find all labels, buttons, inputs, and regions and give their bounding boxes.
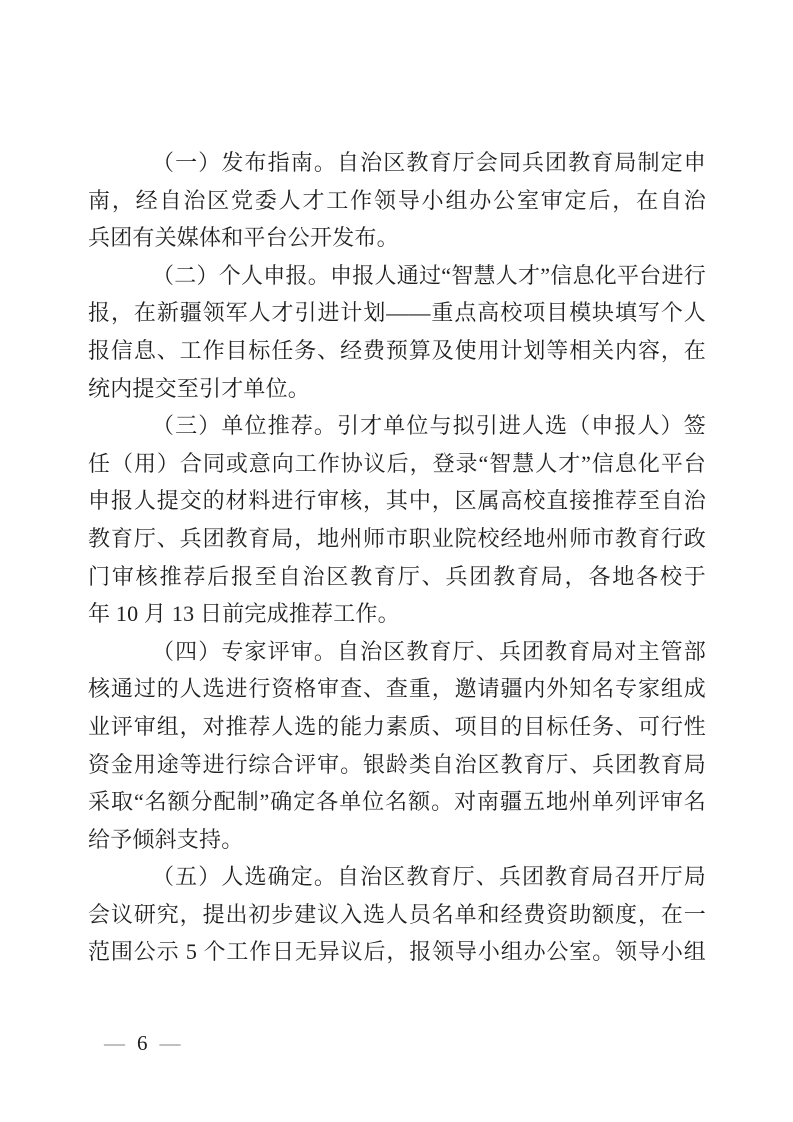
text-line: 给予倾斜支持。 (88, 821, 706, 859)
text-line: 范围公示 5 个工作日无异议后，报领导小组办公室。领导小组办 (88, 933, 706, 971)
text-line: 报，在新疆领军人才引进计划——重点高校项目模块填写个人申 (88, 294, 706, 332)
document-body: （一）发布指南。自治区教育厅会同兵团教育局制定申报指 南，经自治区党委人才工作领… (88, 144, 706, 971)
paragraph-3-unit-recommendation: （三）单位推荐。引才单位与拟引进人选（申报人）签署聘 任（用）合同或意向工作协议… (88, 407, 706, 633)
text-line: 会议研究，提出初步建议入选人员名单和经费资助额度，在一定 (88, 896, 706, 934)
text-line: （三）单位推荐。引才单位与拟引进人选（申报人）签署聘 (88, 407, 706, 445)
paragraph-5-candidate-confirmation: （五）人选确定。自治区教育厅、兵团教育局召开厅局党组 会议研究，提出初步建议入选… (88, 858, 706, 971)
text-line: 门审核推荐后报至自治区教育厅、兵团教育局，各地各校于 2025 (88, 558, 706, 596)
page-number-value: 6 (137, 1031, 148, 1056)
document-page: （一）发布指南。自治区教育厅会同兵团教育局制定申报指 南，经自治区党委人才工作领… (0, 0, 793, 1122)
text-line: 申报人提交的材料进行审核，其中，区属高校直接推荐至自治区 (88, 482, 706, 520)
page-number: — 6 — (104, 1028, 181, 1058)
text-line: 任（用）合同或意向工作协议后，登录“智慧人才”信息化平台对 (88, 445, 706, 483)
text-line: （四）专家评审。自治区教育厅、兵团教育局对主管部门审 (88, 633, 706, 671)
text-line: 资金用途等进行综合评审。银龄类自治区教育厅、兵团教育局可 (88, 746, 706, 784)
text-line: 南，经自治区党委人才工作领导小组办公室审定后，在自治区、 (88, 182, 706, 220)
text-line: 统内提交至引才单位。 (88, 370, 706, 408)
text-line: 教育厅、兵团教育局，地州师市职业院校经地州师市教育行政部 (88, 520, 706, 558)
text-line: （一）发布指南。自治区教育厅会同兵团教育局制定申报指 (88, 144, 706, 182)
paragraph-2-individual-application: （二）个人申报。申报人通过“智慧人才”信息化平台进行申 报，在新疆领军人才引进计… (88, 257, 706, 407)
text-line: 业评审组，对推荐人选的能力素质、项目的目标任务、可行性和 (88, 708, 706, 746)
page-number-dash-right: — (160, 1031, 181, 1056)
text-line: 兵团有关媒体和平台公开发布。 (88, 219, 706, 257)
page-number-dash-left: — (104, 1031, 125, 1056)
text-line: 报信息、工作目标任务、经费预算及使用计划等相关内容，在系 (88, 332, 706, 370)
paragraph-1-publish-guide: （一）发布指南。自治区教育厅会同兵团教育局制定申报指 南，经自治区党委人才工作领… (88, 144, 706, 257)
text-line: （五）人选确定。自治区教育厅、兵团教育局召开厅局党组 (88, 858, 706, 896)
text-line: 年 10 月 13 日前完成推荐工作。 (88, 595, 706, 633)
paragraph-4-expert-review: （四）专家评审。自治区教育厅、兵团教育局对主管部门审 核通过的人选进行资格审查、… (88, 633, 706, 859)
text-line: 采取“名额分配制”确定各单位名额。对南疆五地州单列评审名额 (88, 783, 706, 821)
text-line: 核通过的人选进行资格审查、查重，邀请疆内外知名专家组成专 (88, 670, 706, 708)
text-line: （二）个人申报。申报人通过“智慧人才”信息化平台进行申 (88, 257, 706, 295)
